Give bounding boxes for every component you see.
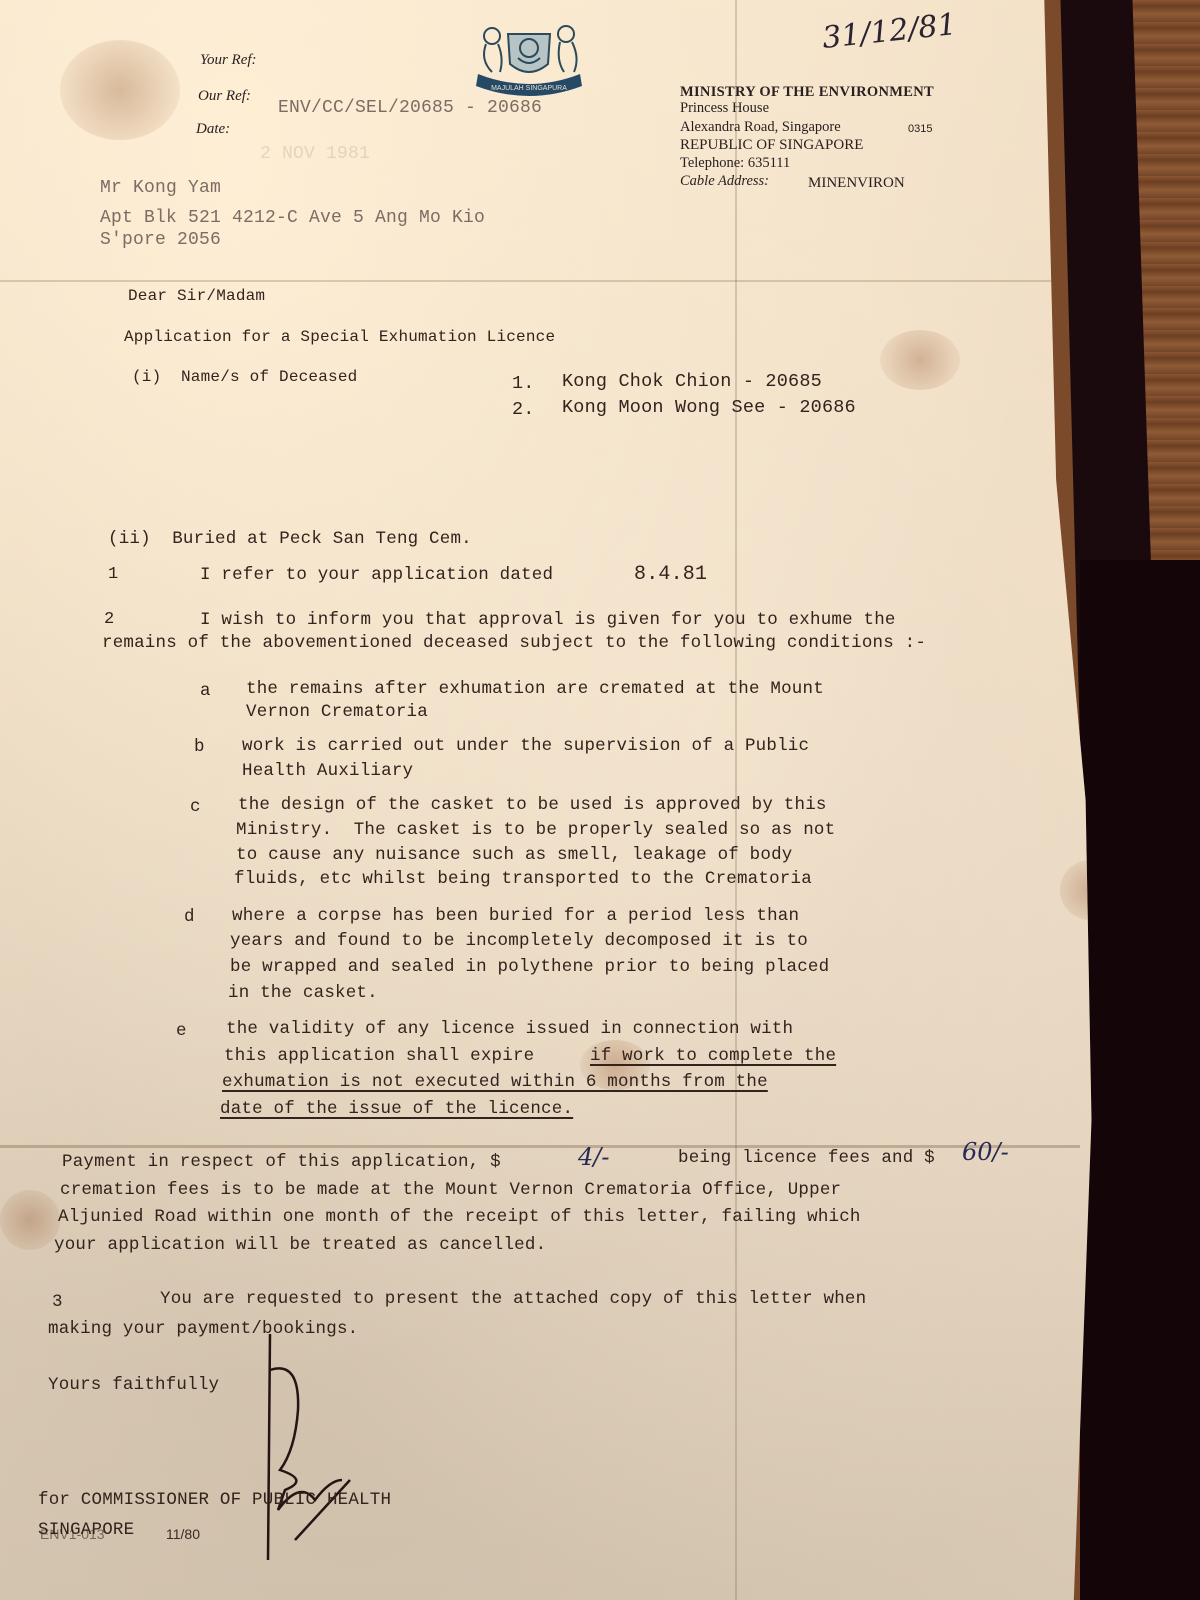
buried-at: (ii) Buried at Peck San Teng Cem.	[108, 529, 472, 549]
deceased-num-1: 1.	[512, 373, 535, 394]
payment-line-4: your application will be treated as canc…	[54, 1235, 546, 1255]
condition-c-letter: c	[190, 797, 201, 817]
fold-line	[0, 280, 1080, 282]
condition-b-letter: b	[194, 737, 205, 757]
cable-value: MINENVIRON	[808, 175, 905, 192]
para3-number: 3	[52, 1292, 63, 1312]
address-line-3: REPUBLIC OF SINGAPORE	[680, 137, 863, 154]
cable-label: Cable Address:	[680, 173, 769, 190]
para1-text: I refer to your application dated	[200, 565, 553, 585]
condition-e-letter: e	[176, 1021, 187, 1041]
recipient-address-2: S'pore 2056	[100, 230, 221, 250]
black-folder-edge-lower	[1080, 560, 1200, 1600]
salutation: Dear Sir/Madam	[128, 287, 265, 305]
para2-line-2: remains of the abovementioned deceased s…	[102, 633, 926, 653]
faded-date-stamp: 2 NOV 1981	[260, 144, 370, 164]
condition-a-line: the remains after exhumation are cremate…	[246, 679, 824, 699]
valediction: Yours faithfully	[48, 1375, 219, 1395]
payment-line-2: cremation fees is to be made at the Moun…	[60, 1180, 841, 1200]
condition-c-line: to cause any nuisance such as smell, lea…	[236, 845, 793, 865]
condition-a-line: Vernon Crematoria	[246, 702, 428, 722]
stain	[60, 40, 180, 140]
deceased-name-2: Kong Moon Wong See - 20686	[562, 397, 856, 418]
condition-d-line: be wrapped and sealed in polythene prior…	[230, 957, 829, 977]
address-line-1: Princess House	[680, 100, 769, 117]
postcode: 0315	[908, 123, 932, 135]
address-line-2: Alexandra Road, Singapore	[680, 119, 841, 136]
stain	[0, 1190, 60, 1250]
condition-e-underlined: date of the issue of the licence.	[220, 1099, 573, 1119]
deceased-label: (i) Name/s of Deceased	[132, 368, 357, 386]
condition-d-line: in the casket.	[228, 983, 378, 1003]
our-ref-label: Our Ref:	[198, 88, 251, 105]
form-code: ENV1-013	[40, 1526, 105, 1542]
payment-line-3: Aljunied Road within one month of the re…	[58, 1207, 861, 1227]
condition-b-line: work is carried out under the supervisio…	[242, 736, 809, 756]
condition-c-line: the design of the casket to be used is a…	[238, 795, 827, 815]
signatory-line: for COMMISSIONER OF PUBLIC HEALTH	[38, 1490, 391, 1510]
signature-icon	[240, 1330, 380, 1570]
condition-e-line: this application shall expire	[224, 1046, 545, 1066]
date-label: Date:	[196, 121, 230, 138]
condition-a-letter: a	[200, 681, 211, 701]
cremation-fee-handwritten: 60/-	[962, 1138, 1009, 1166]
svg-text:MAJULAH SINGAPURA: MAJULAH SINGAPURA	[491, 85, 567, 92]
payment-line-1a: Payment in respect of this application, …	[62, 1152, 501, 1172]
para2-line-1: I wish to inform you that approval is gi…	[200, 610, 896, 630]
ministry-name: MINISTRY OF THE ENVIRONMENT	[680, 84, 934, 101]
subject-line: Application for a Special Exhumation Lic…	[124, 328, 555, 346]
stain	[880, 330, 960, 390]
payment-line-1b: being licence fees and $	[678, 1148, 935, 1168]
condition-e-underlined: if work to complete the	[590, 1046, 836, 1066]
para1-number: 1	[108, 565, 118, 584]
condition-d-line: years and found to be incompletely decom…	[230, 931, 808, 951]
condition-d-line: where a corpse has been buried for a per…	[232, 906, 799, 926]
application-date: 8.4.81	[634, 563, 707, 586]
telephone: Telephone: 635111	[680, 155, 790, 172]
deceased-num-2: 2.	[512, 399, 535, 420]
form-date: 11/80	[166, 1526, 200, 1542]
deceased-name-1: Kong Chok Chion - 20685	[562, 371, 822, 392]
our-ref-value: ENV/CC/SEL/20685 - 20686	[278, 98, 542, 118]
para2-number: 2	[104, 610, 114, 629]
condition-e-line: the validity of any licence issued in co…	[226, 1019, 793, 1039]
condition-d-letter: d	[184, 907, 195, 927]
singapore-crest-icon: MAJULAH SINGAPURA	[470, 14, 588, 100]
condition-e-underlined: exhumation is not executed within 6 mont…	[222, 1072, 768, 1092]
licence-fee-handwritten: 4/-	[578, 1143, 609, 1171]
condition-b-line: Health Auxiliary	[242, 761, 413, 781]
condition-c-line: fluids, etc whilst being transported to …	[234, 869, 812, 889]
your-ref-label: Your Ref:	[200, 52, 257, 69]
condition-c-line: Ministry. The casket is to be properly s…	[236, 820, 835, 840]
recipient-name: Mr Kong Yam	[100, 178, 221, 198]
recipient-address-1: Apt Blk 521 4212-C Ave 5 Ang Mo Kio	[100, 208, 485, 228]
para3-line-1: You are requested to present the attache…	[160, 1289, 866, 1309]
